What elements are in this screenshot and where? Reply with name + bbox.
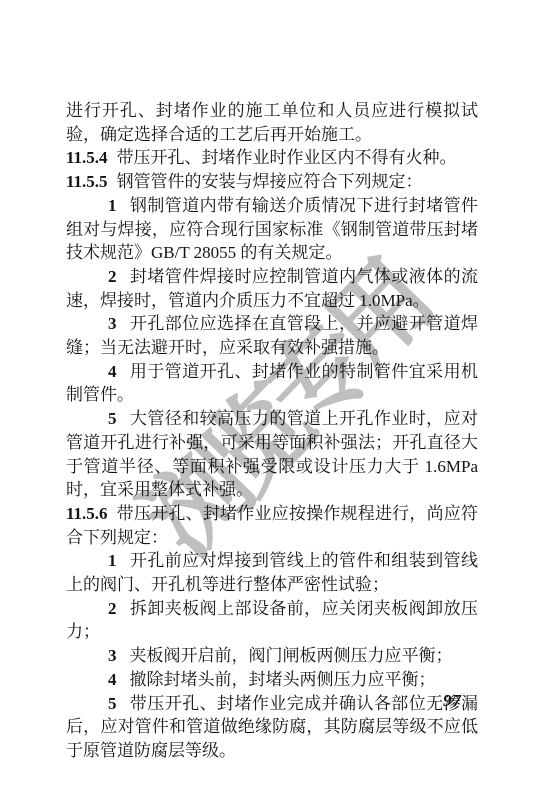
item-number: 3 [108, 646, 117, 665]
item-text: 带压开孔、封堵作业完成并确认各部位无渗漏后，应对管件和管道做绝缘防腐，其防腐层等… [66, 694, 478, 760]
item-number: 5 [108, 694, 117, 713]
paragraph-continuation: 进行开孔、封堵作业的施工单位和人员应进行模拟试验，确定选择合适的工艺后再开始施工… [66, 99, 478, 146]
clause-11-5-5: 11.5.5钢管管件的安装与焊接应符合下列规定： [66, 170, 478, 194]
item-text: 大管径和较高压力的管道上开孔作业时，应对管道开孔进行补强，可采用等面积补强法；开… [66, 409, 478, 499]
list-item-2: 2拆卸夹板阀上部设备前，应关闭夹板阀卸放压力； [66, 597, 478, 644]
paragraph-text: 进行开孔、封堵作业的施工单位和人员应进行模拟试验，确定选择合适的工艺后再开始施工… [66, 101, 478, 144]
item-text: 开孔部位应选择在直管段上，并应避开管道焊缝；当无法避开时，应采取有效补强措施。 [66, 314, 478, 357]
item-number: 5 [108, 409, 117, 428]
list-item-3: 3夹板阀开启前，阀门闸板两侧压力应平衡； [66, 644, 478, 668]
item-text: 开孔前应对焊接到管线上的管件和组装到管线上的阀门、开孔机等进行整体严密性试验； [66, 551, 478, 594]
item-number: 2 [108, 599, 117, 618]
list-item-1: 1开孔前应对焊接到管线上的管件和组装到管线上的阀门、开孔机等进行整体严密性试验； [66, 549, 478, 596]
item-number: 4 [108, 670, 117, 689]
clause-number: 11.5.6 [66, 504, 108, 523]
item-number: 1 [108, 196, 117, 215]
clause-text: 带压开孔、封堵作业时作业区内不得有火种。 [117, 148, 457, 167]
clause-11-5-6: 11.5.6带压开孔、封堵作业应按操作规程进行，尚应符合下列规定： [66, 502, 478, 549]
document-page: 浏览专用 进行开孔、封堵作业的施工单位和人员应进行模拟试验，确定选择合适的工艺后… [0, 0, 551, 790]
item-text: 用于管道开孔、封堵作业的特制管件宜采用机制管件。 [66, 362, 478, 405]
item-text: 撤除封堵头前，封堵头两侧压力应平衡； [130, 670, 436, 689]
list-item-3: 3开孔部位应选择在直管段上，并应避开管道焊缝；当无法避开时，应采取有效补强措施。 [66, 312, 478, 359]
item-number: 2 [108, 267, 117, 286]
list-item-4: 4用于管道开孔、封堵作业的特制管件宜采用机制管件。 [66, 360, 478, 407]
clause-text: 钢管管件的安装与焊接应符合下列规定： [117, 172, 423, 191]
clause-number: 11.5.4 [66, 148, 108, 167]
list-item-5: 5大管径和较高压力的管道上开孔作业时，应对管道开孔进行补强，可采用等面积补强法；… [66, 407, 478, 502]
list-item-4: 4撤除封堵头前，封堵头两侧压力应平衡； [66, 668, 478, 692]
item-number: 4 [108, 362, 117, 381]
item-text: 钢制管道内带有输送介质情况下进行封堵管件组对与焊接，应符合现行国家标准《钢制管道… [66, 196, 478, 262]
item-text: 拆卸夹板阀上部设备前，应关闭夹板阀卸放压力； [66, 599, 478, 642]
clause-11-5-4: 11.5.4带压开孔、封堵作业时作业区内不得有火种。 [66, 146, 478, 170]
list-item-1: 1钢制管道内带有输送介质情况下进行封堵管件组对与焊接，应符合现行国家标准《钢制管… [66, 194, 478, 265]
item-text: 夹板阀开启前，阀门闸板两侧压力应平衡； [130, 646, 453, 665]
page-number: 97 [443, 691, 462, 711]
list-item-5: 5带压开孔、封堵作业完成并确认各部位无渗漏后，应对管件和管道做绝缘防腐，其防腐层… [66, 692, 478, 763]
item-text: 封堵管件焊接时应控制管道内气体或液体的流速，焊接时，管道内介质压力不宜超过 1.… [66, 267, 478, 310]
page-content: 进行开孔、封堵作业的施工单位和人员应进行模拟试验，确定选择合适的工艺后再开始施工… [66, 99, 478, 763]
item-number: 3 [108, 314, 117, 333]
clause-text: 带压开孔、封堵作业应按操作规程进行，尚应符合下列规定： [66, 504, 478, 547]
item-number: 1 [108, 551, 117, 570]
list-item-2: 2封堵管件焊接时应控制管道内气体或液体的流速，焊接时，管道内介质压力不宜超过 1… [66, 265, 478, 312]
clause-number: 11.5.5 [66, 172, 108, 191]
